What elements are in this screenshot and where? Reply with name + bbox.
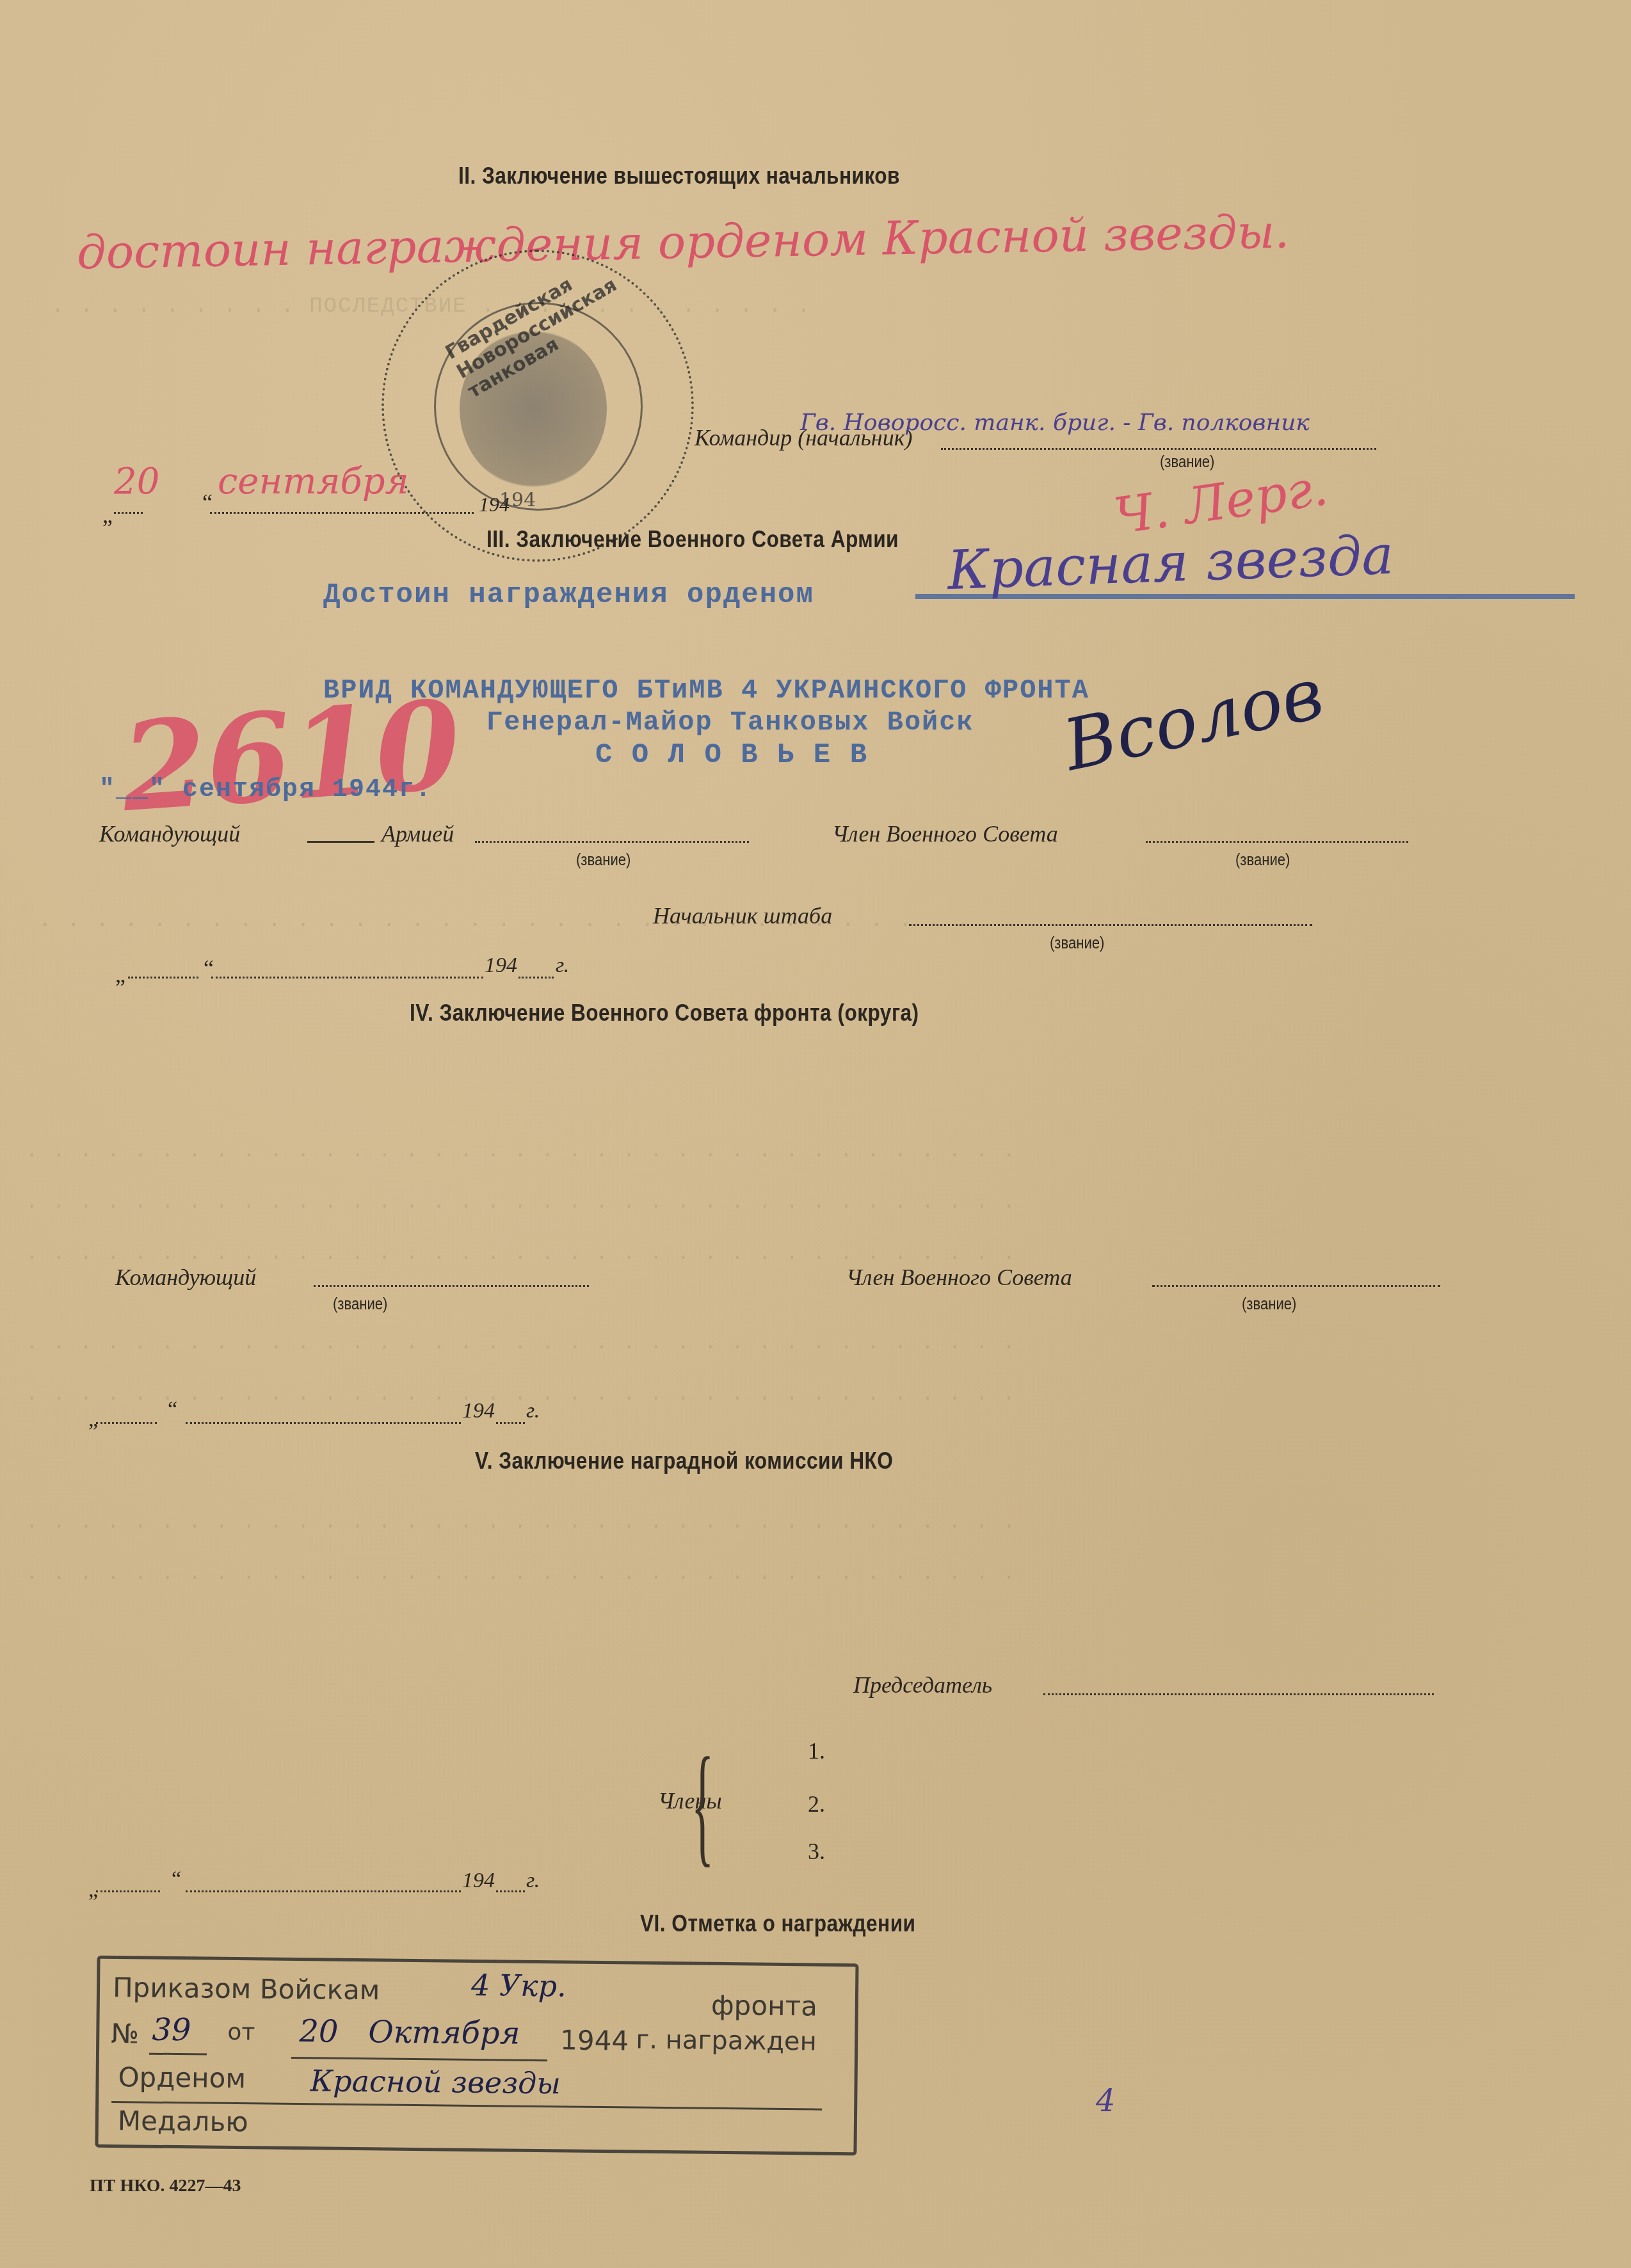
date-month-line <box>211 977 483 978</box>
date-day-line <box>128 977 198 978</box>
army-commander-line <box>475 841 749 843</box>
rank-caption: (звание) <box>1050 933 1104 953</box>
date-year-label: 194 <box>462 1869 495 1893</box>
section-3-heading: III. Заключение Военного Совета Армии <box>486 526 899 553</box>
chairman-line <box>1043 1693 1434 1695</box>
official-seal: Гвардейская Новороссийская танковая 194 <box>382 250 694 562</box>
date-day-line <box>96 1422 157 1424</box>
rank-caption: (звание) <box>1242 1294 1296 1314</box>
stamp-date-day[interactable]: 20 <box>299 2013 339 2050</box>
stamp-order-type-label: Орденом <box>118 2061 246 2094</box>
rank-caption: (звание) <box>576 850 631 870</box>
army-commander-label: Командующий <box>99 820 240 847</box>
award-stamp: Приказом Войскам 4 Укр. фронта № 39 от 2… <box>95 1956 858 2155</box>
bleed-through-text: . . . . . . . . . . . . . . . . . . . . … <box>26 1190 1016 1214</box>
front-commander-label: Командующий <box>115 1264 256 1291</box>
date-month[interactable]: сентября <box>218 461 409 502</box>
army-label: Армией <box>382 820 454 847</box>
stamp-front-label: фронта <box>711 1990 817 2022</box>
date-day[interactable]: 20 <box>114 461 159 502</box>
stamp-date-year: 1944 <box>560 2024 629 2056</box>
date-quote-close: “ <box>172 1867 181 1892</box>
typed-name: С О Л О В Ь Е В <box>595 739 868 771</box>
stamp-number-value[interactable]: 39 <box>152 2012 191 2048</box>
commander-line <box>941 448 1376 450</box>
member-2-number: 2. <box>808 1791 825 1817</box>
bleed-through-text: . . . . . . . . . . . . . . . . . . . . … <box>26 1331 1016 1355</box>
bleed-through-text: . . . . . . . . . . . . . . . . . . . . … <box>26 1510 1016 1534</box>
date-day-line <box>114 512 143 514</box>
print-code: ПТ НКО. 4227—43 <box>90 2176 241 2196</box>
bleed-through-text: . . . . . . . . . . . . . . . . . . . . … <box>26 1139 1016 1163</box>
date-year-label: 194 <box>479 493 510 516</box>
chief-of-staff-line <box>909 924 1312 926</box>
date-suffix: г. <box>526 1399 540 1423</box>
date-month-line <box>186 1890 461 1892</box>
council-member-line <box>1146 841 1408 843</box>
date-year-line <box>496 1422 525 1424</box>
date-year-label: 194 <box>462 1399 495 1423</box>
stamp-order-value[interactable]: Красной звезды <box>310 2063 561 2100</box>
date-year-label: 194 <box>485 954 517 978</box>
front-council-member-line <box>1152 1285 1440 1287</box>
red-registration-number: 2610 <box>117 673 465 839</box>
members-brace-icon: { <box>691 1728 714 1882</box>
section-5-heading: V. Заключение наградной комиссии НКО <box>475 1448 893 1474</box>
date-month-line <box>186 1422 461 1424</box>
date-year-line <box>518 977 554 978</box>
army-blank-line <box>307 841 374 843</box>
section-2-heading: II. Заключение вышестоящих начальников <box>458 163 900 189</box>
council-member-label: Член Военного Совета <box>832 820 1058 847</box>
stamp-date-line <box>291 2057 547 2061</box>
typed-rank: Генерал-Майор Танковых Войск <box>486 707 974 738</box>
stamp-order-label: Приказом Войскам <box>113 1972 380 2006</box>
handwritten-award[interactable]: Красная звезда <box>947 523 1395 602</box>
date-quote-open: „ <box>102 502 113 529</box>
stamp-number-line <box>149 2053 207 2056</box>
date-suffix: г. <box>556 954 569 978</box>
typed-recommendation: Достоин награждения орденом <box>323 579 814 611</box>
page-number: 4 <box>1096 2083 1116 2119</box>
stamp-medal-label: Медалью <box>118 2105 248 2137</box>
signature: Всолов <box>1057 652 1330 787</box>
chairman-label: Председатель <box>853 1672 992 1698</box>
bleed-through-text: . . . . . . . . . . . . . . . . . . . . … <box>26 1242 1016 1265</box>
date-quote-open: „ <box>115 961 125 988</box>
rank-caption: (звание) <box>1160 452 1214 472</box>
date-month-line <box>210 512 474 514</box>
member-1-number: 1. <box>808 1737 825 1764</box>
section-6-heading: VI. Отметка о награждении <box>640 1910 915 1937</box>
front-council-member-label: Член Военного Совета <box>846 1264 1072 1291</box>
member-3-number: 3. <box>808 1838 825 1865</box>
rank-caption: (звание) <box>1235 850 1290 870</box>
rank-caption: (звание) <box>333 1294 387 1314</box>
commander-handwritten-value[interactable]: Гв. Новоросс. танк. бриг. - Гв. полковни… <box>800 410 1310 436</box>
stamp-front-value[interactable]: 4 Укр. <box>471 1968 566 2004</box>
date-quote-close: “ <box>168 1398 177 1422</box>
bleed-through-text: . . . . . . . . . . . . . . . . . . . . … <box>26 1561 1016 1585</box>
stamp-awarded-label: г. награжден <box>636 2025 817 2057</box>
date-suffix: г. <box>526 1869 540 1893</box>
front-commander-line <box>314 1285 589 1287</box>
date-year-line <box>496 1890 525 1892</box>
section-4-heading: IV. Заключение Военного Совета фронта (о… <box>410 1000 919 1026</box>
stamp-date-month[interactable]: Октября <box>368 2014 520 2051</box>
stamp-number-label: № <box>111 2018 139 2049</box>
stamp-from-label: от <box>227 2019 255 2045</box>
chief-of-staff-label: Начальник штаба <box>653 902 832 929</box>
date-quote-open: „ <box>88 1408 98 1432</box>
typed-date: "__" сентября 1944г. <box>99 776 432 804</box>
date-day-line <box>96 1890 160 1892</box>
